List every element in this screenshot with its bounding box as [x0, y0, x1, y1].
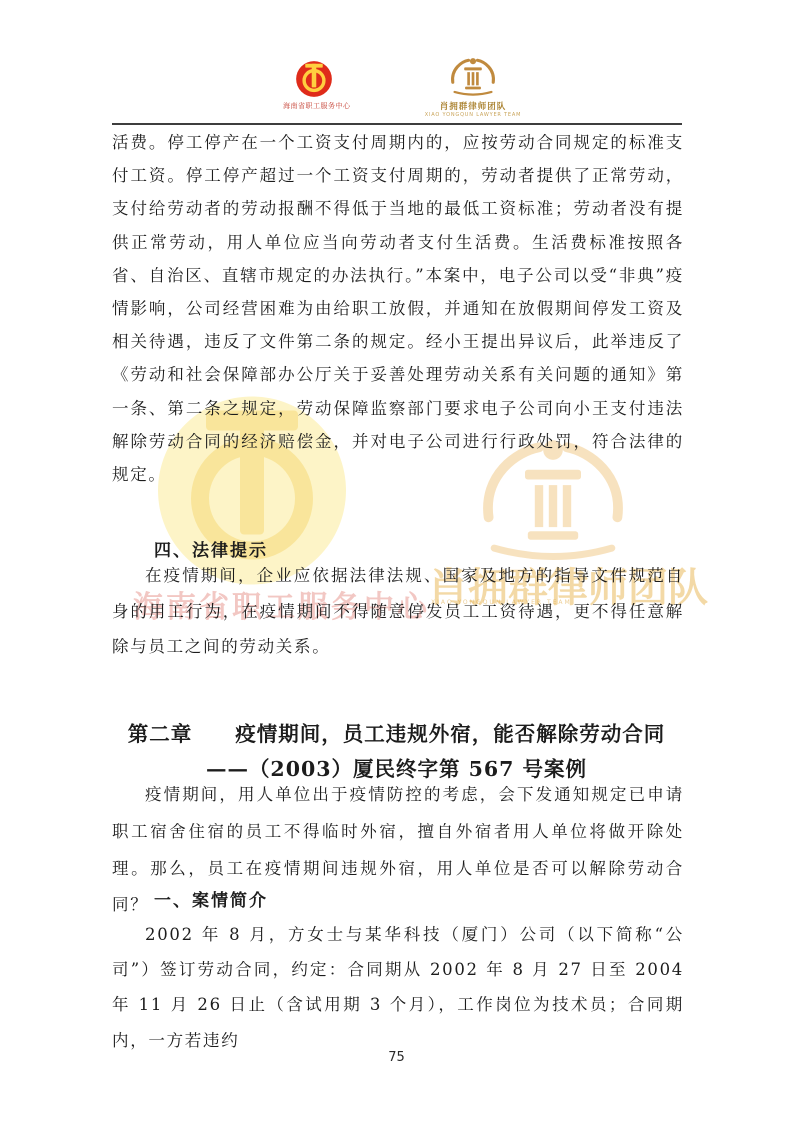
page-number: 75: [0, 1050, 793, 1065]
union-emblem-icon: [295, 60, 333, 98]
paragraph-case-brief: 2002 年 8 月，方女士与某华科技（厦门）公司（以下简称“公司”）签订劳动合…: [112, 917, 684, 1058]
union-logo-caption: 海南省职工服务中心: [283, 101, 345, 111]
law-team-logo-caption-en: XIAO YONGQUN LAWYER TEAM: [423, 112, 523, 118]
union-logo: 海南省职工服务中心: [283, 60, 345, 111]
paragraph-continuation: 活费。停工停产在一个工资支付周期内的，应按劳动合同规定的标准支付工资。停工停产超…: [112, 126, 684, 491]
law-team-emblem-icon: [442, 55, 504, 99]
section-heading-case-brief: 一、案情简介: [112, 886, 684, 911]
paragraph-legal-tips: 在疫情期间，企业应依据法律法规、国家及地方的指导文件规范自身的用工行为，在疫情期…: [112, 558, 684, 665]
header-divider: [112, 123, 682, 125]
chapter-title-line1: 第二章 疫情期间，员工违规外宿，能否解除劳动合同: [0, 717, 793, 752]
law-team-logo-caption: 肖拥群律师团队: [423, 100, 523, 112]
law-team-logo: 肖拥群律师团队 XIAO YONGQUN LAWYER TEAM: [423, 55, 523, 118]
document-page: 海南省职工服务中心 肖拥群律师团队 XIAO YONGQUN LAWYER TE…: [0, 0, 793, 1122]
